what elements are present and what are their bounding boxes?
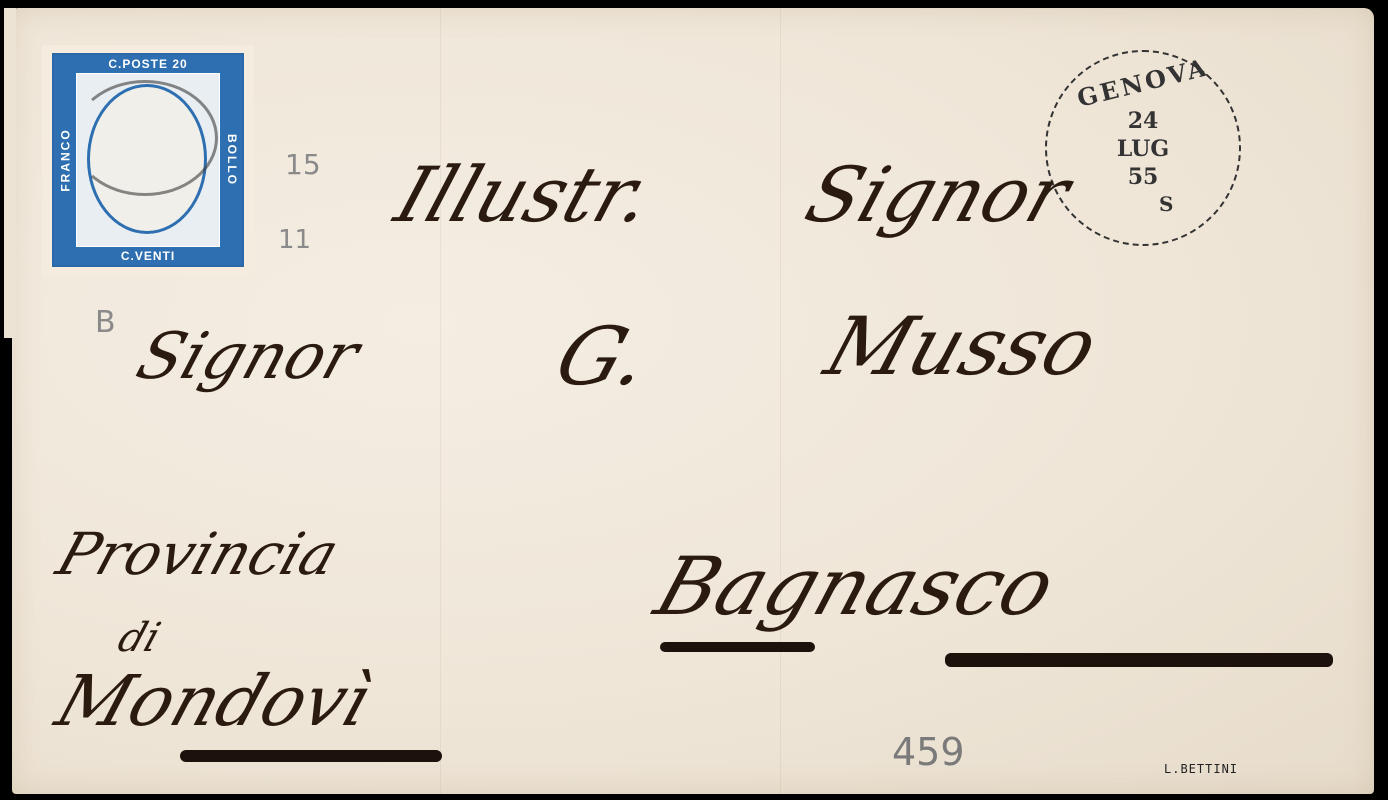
underline-stroke xyxy=(945,653,1333,667)
address-salutation: Illustr. xyxy=(386,150,664,239)
address-provincia: Provincia xyxy=(49,520,347,588)
address-mondovi: Mondovì xyxy=(47,660,381,742)
address-surname: Musso xyxy=(815,300,1109,393)
postmark-year: 55 xyxy=(1047,164,1239,190)
pencil-lot-number: 459 xyxy=(892,730,965,774)
pencil-note: 11 xyxy=(278,225,311,255)
stamp-top-text: C.POSTE 20 xyxy=(54,57,242,71)
address-signor: Signor xyxy=(128,320,368,394)
genova-postmark: GENOVA 24 LUG 55 S xyxy=(1045,50,1241,246)
postmark-suffix: S xyxy=(1159,192,1173,216)
stamp-bottom-text: C.VENTI xyxy=(54,249,242,263)
stamp-right-text: BOLLO xyxy=(225,134,239,186)
expert-signature: L.BETTINI xyxy=(1164,762,1238,776)
pencil-note: 15 xyxy=(285,148,321,181)
underline-stroke xyxy=(180,750,442,762)
pencil-mark: B xyxy=(95,305,116,340)
fold-line xyxy=(780,8,781,794)
stamp-left-text: FRANCO xyxy=(59,128,73,191)
fold-line xyxy=(440,8,441,794)
address-title: Signor xyxy=(796,150,1081,239)
postmark-day: 24 xyxy=(1047,108,1239,134)
cover-flap-edge xyxy=(4,8,16,338)
address-town: Bagnasco xyxy=(645,540,1066,633)
stamp-cancel-mark xyxy=(72,80,218,196)
underline-stroke xyxy=(660,642,815,652)
